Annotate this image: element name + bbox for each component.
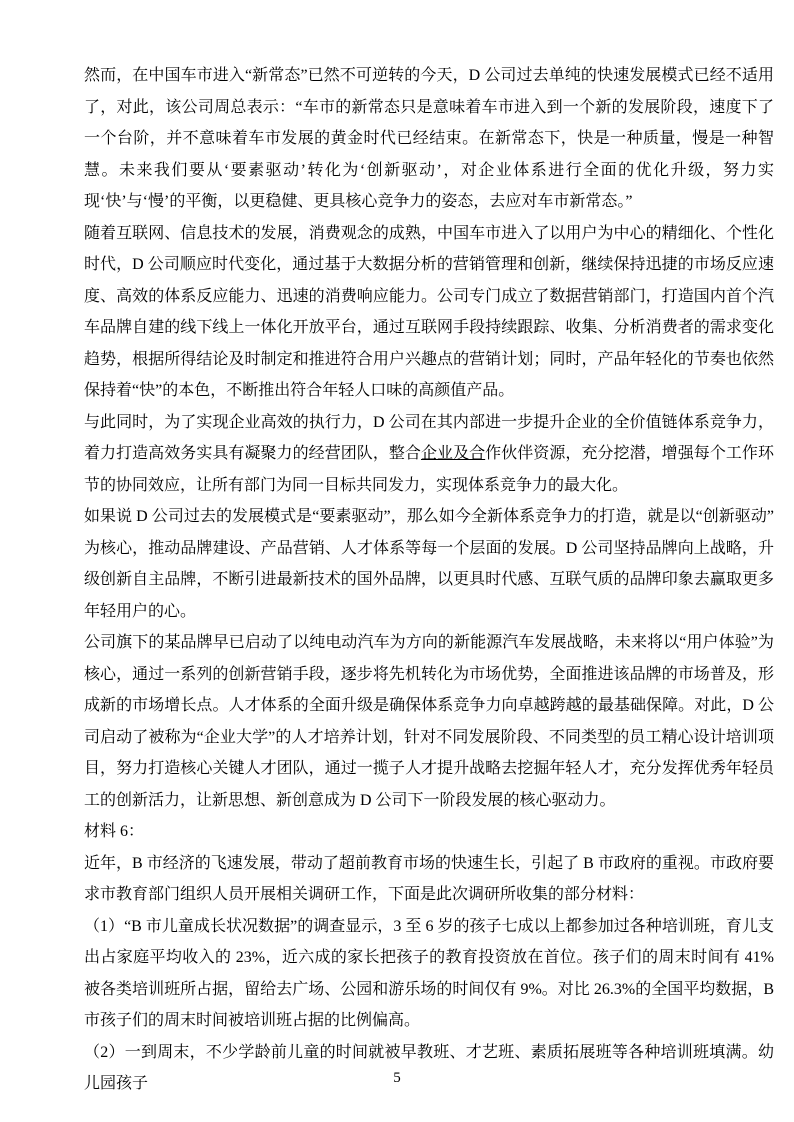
- paragraph-internet-era: 随着互联网、信息技术的发展，消费观念的成熟，中国车市进入了以用户为中心的精细化、…: [84, 218, 774, 407]
- text-block: 然而，在中国车市进入“新常态”已然不可逆转的今天，D 公司过去单纯的快速发展模式…: [84, 60, 774, 1100]
- paragraph-innovation-drive: 如果说 D 公司过去的发展模式是“要素驱动”，那么如今全新体系竞争力的打造，就是…: [84, 501, 774, 627]
- paragraph-execution: 与此同时，为了实现企业高效的执行力，D 公司在其内部进一步提升企业的全价值链体系…: [84, 407, 774, 502]
- paragraph-survey-item-1: （1）“B 市儿童成长状况数据”的调查显示，3 至 6 岁的孩子七成以上都参加过…: [84, 911, 774, 1037]
- paragraph-new-normal: 然而，在中国车市进入“新常态”已然不可逆转的今天，D 公司过去单纯的快速发展模式…: [84, 60, 774, 218]
- paragraph-ev-strategy: 公司旗下的某品牌早已启动了以纯电动汽车为方向的新能源汽车发展战略，未来将以“用户…: [84, 627, 774, 816]
- paragraph-city-b-intro: 近年，B 市经济的飞速发展，带动了超前教育市场的快速生长，引起了 B 市政府的重…: [84, 848, 774, 911]
- page-number: 5: [393, 1070, 401, 1086]
- material-6-heading: 材料 6：: [84, 816, 774, 848]
- underlined-text: 企业及合: [421, 445, 485, 462]
- document-page: 然而，在中国车市进入“新常态”已然不可逆转的今天，D 公司过去单纯的快速发展模式…: [0, 0, 794, 1122]
- page-footer: 5: [0, 1068, 794, 1088]
